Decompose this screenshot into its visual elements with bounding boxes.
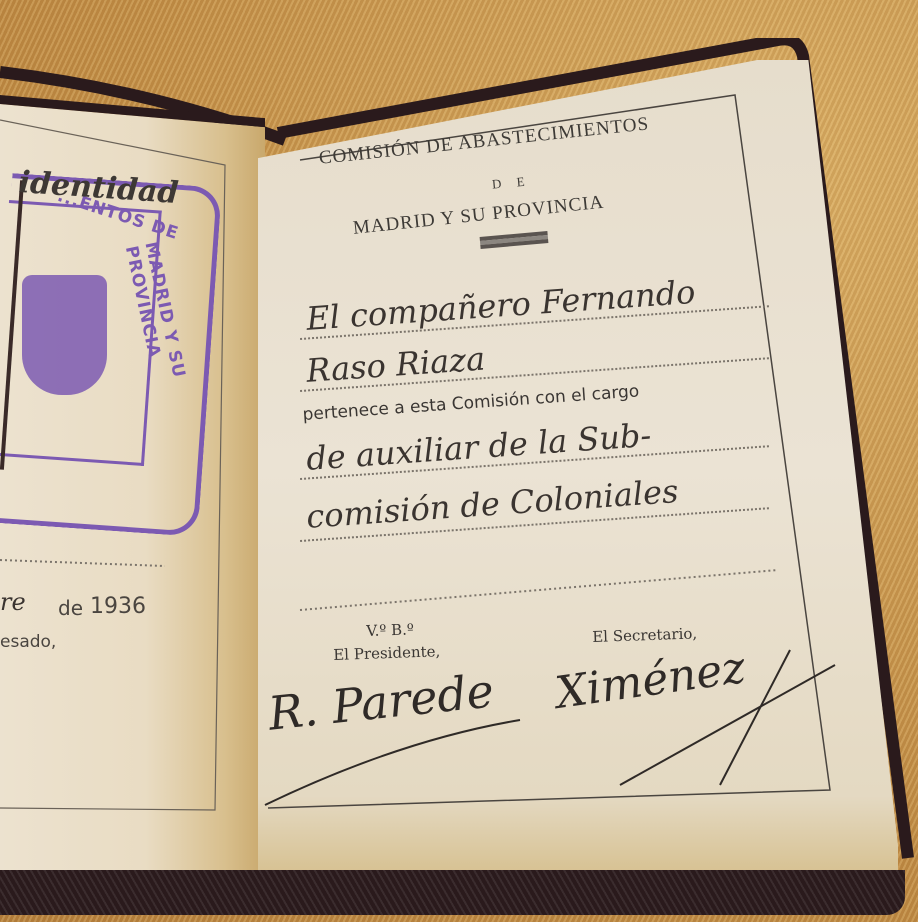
- leather-cover-bottom: [0, 870, 905, 915]
- signature-flourishes: [0, 0, 918, 922]
